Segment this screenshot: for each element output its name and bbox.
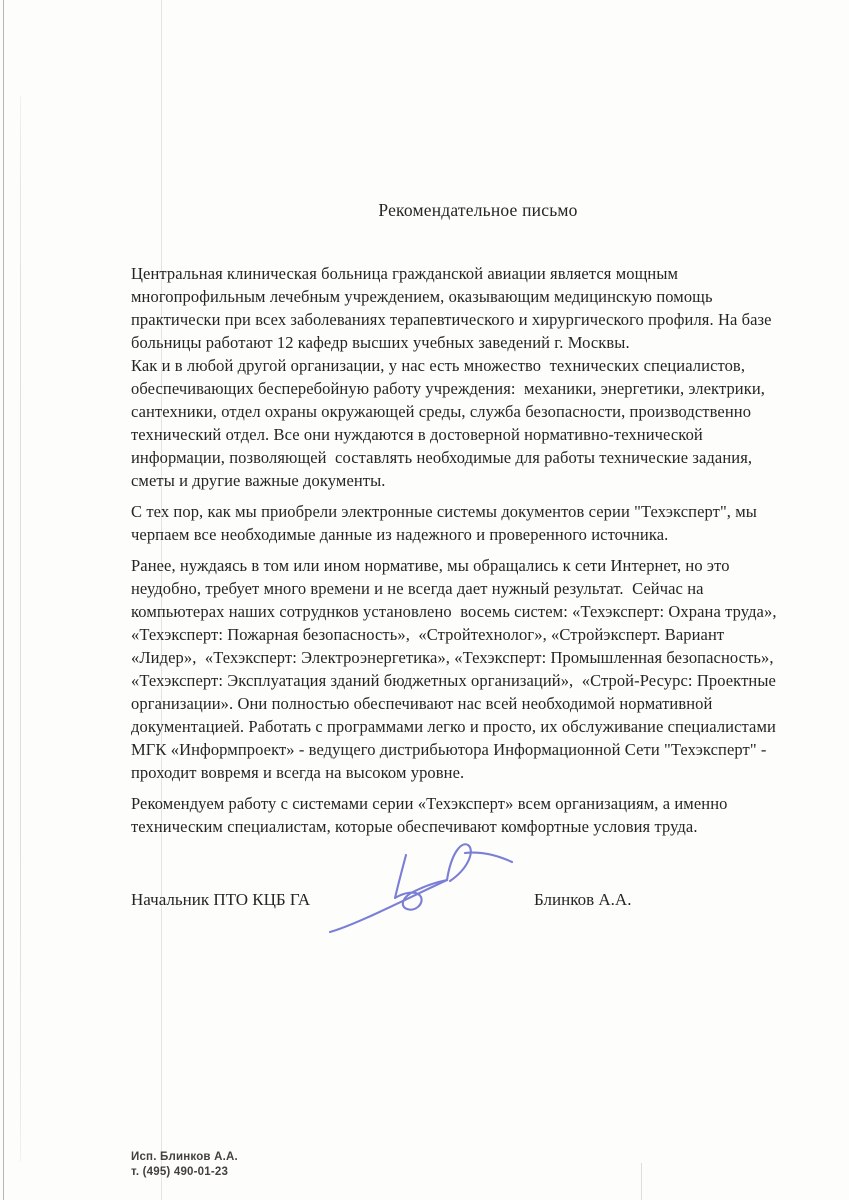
text-line: С тех пор, как мы приобрели электронные … [131, 500, 825, 523]
text-line: сметы и другие важные документы. [131, 469, 825, 492]
text-line: Центральная клиническая больница граждан… [131, 262, 825, 285]
paragraph: Ранее, нуждаясь в том или ином нормативе… [131, 554, 825, 784]
signature-ink [325, 840, 520, 940]
letter-content: Рекомендательное письмо Центральная клин… [131, 199, 825, 846]
executor-line: Исп. Блинков А.А. [131, 1150, 238, 1165]
paragraph: Рекомендуем работу с системами серии «Те… [131, 792, 825, 838]
scan-artifact-left-edge [3, 0, 4, 1200]
paragraph: С тех пор, как мы приобрели электронные … [131, 500, 825, 546]
letter-title: Рекомендательное письмо [131, 199, 825, 222]
signer-position: Начальник ПТО КЦБ ГА [131, 890, 310, 909]
text-line: информации, позволяющей составлять необх… [131, 446, 825, 469]
text-line: Как и в любой другой организации, у нас … [131, 354, 825, 377]
text-line: проходит вовремя и всегда на высоком уро… [131, 761, 825, 784]
scan-artifact-paper-crease [20, 95, 21, 1162]
text-line: черпаем все необходимые данные из надежн… [131, 523, 825, 546]
text-line: «Техэксперт: Эксплуатация зданий бюджетн… [131, 669, 825, 692]
signer-name: Блинков А.А. [534, 888, 631, 911]
text-line: неудобно, требует много времени и не все… [131, 577, 825, 600]
scanned-letter-page: Рекомендательное письмо Центральная клин… [0, 0, 849, 1200]
letter-body: Центральная клиническая больница граждан… [131, 262, 825, 838]
text-line: обеспечивающих бесперебойную работу учре… [131, 377, 825, 400]
text-line: техническим специалистам, которые обеспе… [131, 815, 825, 838]
text-line: технический отдел. Все они нуждаются в д… [131, 423, 825, 446]
phone-line: т. (495) 490-01-23 [131, 1165, 238, 1180]
text-line: «Лидер», «Техэксперт: Электроэнергетика»… [131, 646, 825, 669]
text-line: многопрофильным лечебным учреждением, ок… [131, 285, 825, 308]
text-line: Рекомендуем работу с системами серии «Те… [131, 792, 825, 815]
text-line: организации». Они полностью обеспечивают… [131, 692, 825, 715]
text-line: Ранее, нуждаясь в том или ином нормативе… [131, 554, 825, 577]
text-line: практически при всех заболеваниях терапе… [131, 308, 825, 331]
text-line: МГК «Информпроект» - ведущего дистрибьют… [131, 738, 825, 761]
text-line: больницы работают 12 кафедр высших учебн… [131, 331, 825, 354]
text-line: «Техэксперт: Пожарная безопасность», «Ст… [131, 623, 825, 646]
text-line: документацией. Работать с программами ле… [131, 715, 825, 738]
text-line: сантехники, отдел охраны окружающей сред… [131, 400, 825, 423]
text-line: компьютерах наших сотруднков установлено… [131, 600, 825, 623]
paragraph: Центральная клиническая больница граждан… [131, 262, 825, 492]
letter-footer: Исп. Блинков А.А. т. (495) 490-01-23 [131, 1150, 238, 1180]
scan-artifact-streak-bottom [641, 1163, 642, 1200]
